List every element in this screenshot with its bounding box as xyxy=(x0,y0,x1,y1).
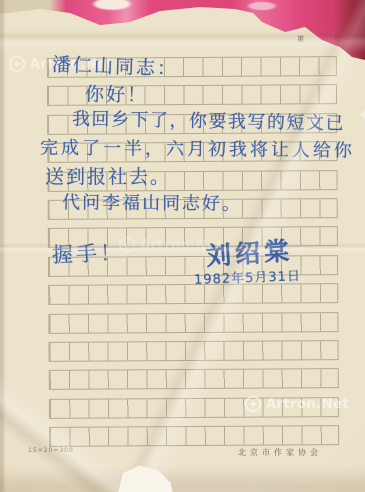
handwriting-body-line-2: 完成了一半，六月初我将让人给你 xyxy=(40,134,355,163)
scanned-letter-page: 第 页 Artron.Net Artron.Net xyxy=(0,0,365,492)
grid-row xyxy=(48,312,338,334)
grid-spec-label: 15×20=300 xyxy=(28,447,74,454)
handwriting-regards-line: 代问李福山同志好。 xyxy=(62,188,242,216)
grid-row xyxy=(49,340,339,362)
grid-row xyxy=(49,397,339,419)
handwriting-greeting: 你好！ xyxy=(85,79,148,107)
letterhead-org-label: 北京市作家协会 xyxy=(238,447,322,458)
handwriting-salutation: 潘仁山同志： xyxy=(52,50,179,81)
handwriting-closing: 握手！ xyxy=(51,237,124,269)
handwriting-date: 1982年5月31日 xyxy=(194,265,302,288)
grid-row xyxy=(49,368,339,390)
grid-row xyxy=(49,425,339,447)
handwriting-body-line-3: 送到报社去。 xyxy=(45,162,171,189)
handwriting-body-line-1: 我回乡下了，你要我写的短文已 xyxy=(72,105,345,136)
grid-row xyxy=(48,283,338,305)
page-number-label-ye: 页 xyxy=(334,36,341,43)
page-number-label-di: 第 xyxy=(297,36,304,43)
